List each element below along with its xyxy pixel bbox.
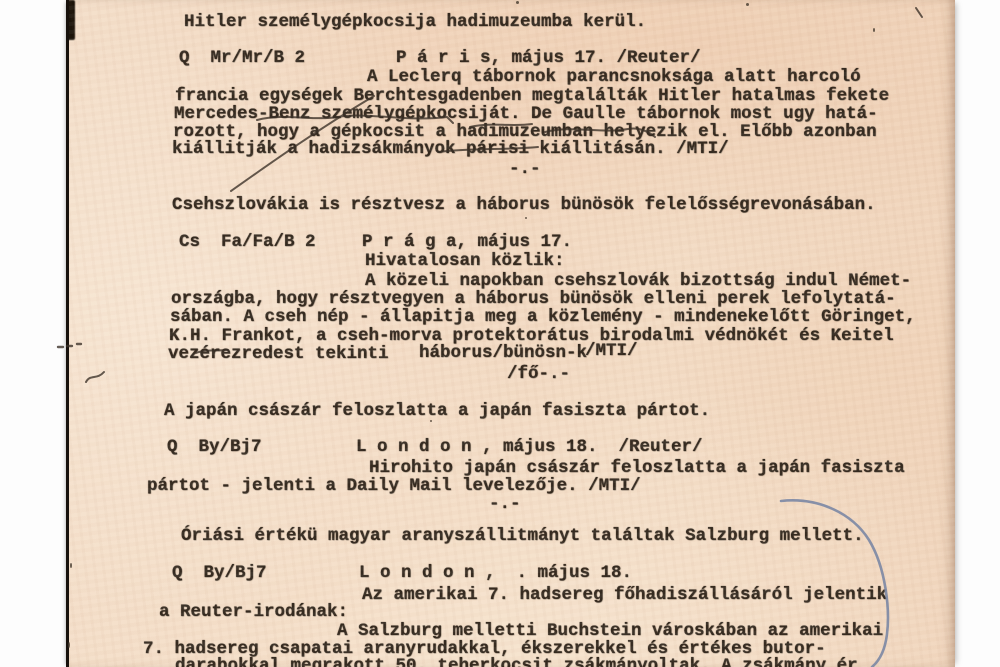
text-line: A közeli napokban csehszlovák bizottság … (365, 272, 911, 290)
text-line: Csehszlovákia is résztvesz a háborus bün… (172, 196, 876, 214)
scanned-document-page: Hitler személygépkocsija hadimuzeumba ke… (0, 0, 1000, 667)
text-line: L o n d o n , május 18. /Reuter/ (356, 438, 703, 456)
scan-speck (525, 217, 527, 219)
text-line: A Salzburg melletti Buchstein városkában… (337, 622, 883, 640)
scan-speck (873, 28, 875, 32)
text-line: Q Mr/Mr/B 2 (179, 49, 305, 67)
text-line: Cs Fa/Fa/B 2 (179, 233, 316, 251)
text-line: /MTI/ (585, 342, 638, 360)
text-line: P á r i s, május 17. /Reuter/ (396, 49, 701, 67)
scan-speck (68, 642, 70, 648)
binding-edge-mark (66, 0, 75, 40)
scan-speck (746, 3, 749, 6)
text-line: francia egységek Berchtesgadenben megtal… (175, 87, 889, 105)
text-line: kiállitják a hadizsákmányok párisi kiáll… (172, 140, 729, 158)
text-line: -.- (489, 495, 521, 513)
text-line: sában. A cseh nép - állapitja meg a közl… (170, 308, 916, 326)
text-line: Q By/Bj7 (167, 438, 262, 456)
text-line: a Reuter-irodának: (159, 603, 348, 621)
text-line: országba, hogy résztvegyen a háborus bün… (171, 290, 896, 308)
text-line: Hitler személygépkocsija hadimuzeumba ke… (184, 13, 646, 31)
text-line: Az amerikai 7. hadsereg főhadiszállásáró… (362, 586, 887, 604)
text-line: Óriási értékü magyar aranyszállitmányt t… (181, 527, 864, 545)
text-line: A Leclerq tábornok parancsnoksága alatt … (367, 68, 861, 86)
scan-speck (516, 1, 519, 4)
text-line: /fő-.- (507, 365, 570, 383)
text-line: A japán császár feloszlatta a japán fasi… (164, 402, 710, 420)
text-line: -.- (509, 160, 541, 178)
text-line: darabokkal megrakott 50. teherkocsit zsá… (175, 657, 858, 667)
text-line: P r á g a, május 17. (362, 233, 572, 251)
text-line: L o n d o n , . május 18. (359, 564, 632, 582)
scan-speck (70, 563, 72, 568)
paper-sheet: Hitler személygépkocsija hadimuzeumba ke… (66, 0, 955, 667)
text-line: Mercedes-Benz személygépkocsiját. De Gau… (174, 105, 878, 123)
text-line: vezérezredest tekinti (168, 345, 389, 363)
scan-speck (430, 420, 432, 422)
text-line: Q By/Bj7 (172, 564, 267, 582)
text-line: Hirohito japán császár feloszlatta a jap… (369, 459, 905, 477)
text-line: Hivatalosan közlik: (365, 252, 565, 270)
text-line: háborus/bünösn-k (419, 344, 587, 362)
text-line: pártot - jelenti a Daily Mail levelezője… (147, 477, 641, 495)
